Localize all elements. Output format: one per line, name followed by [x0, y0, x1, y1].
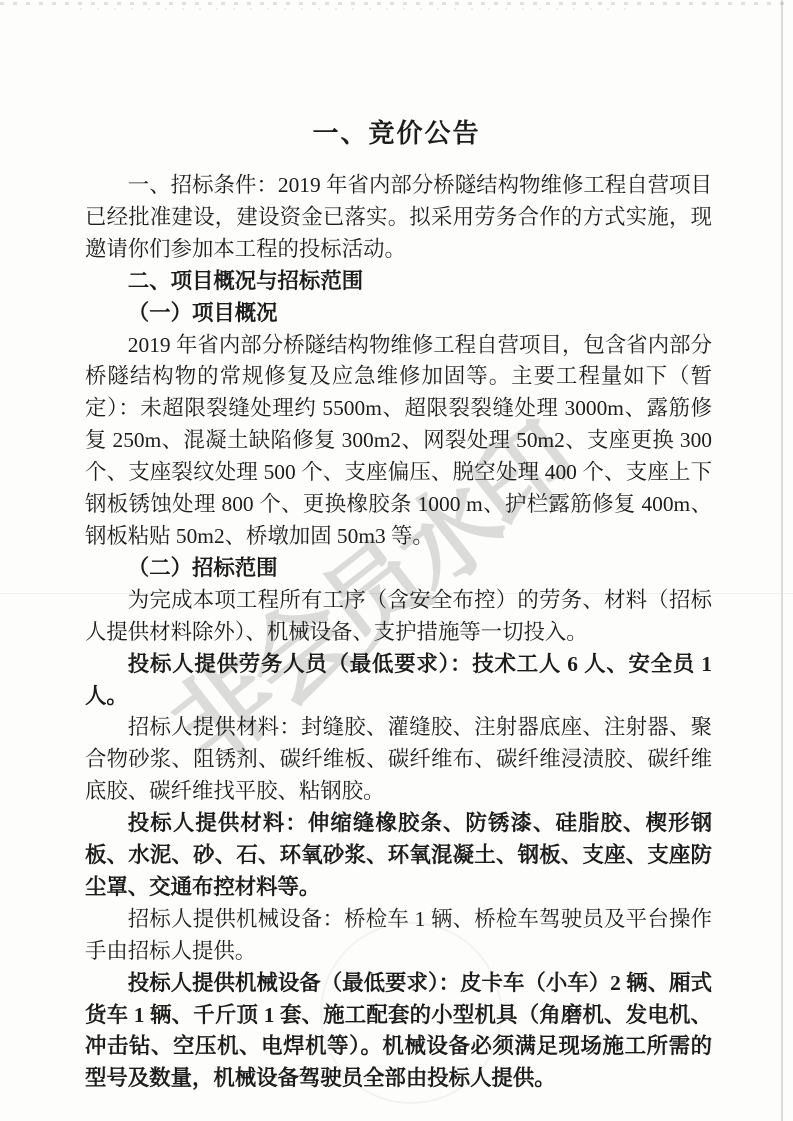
paragraph-emphasis: 投标人提供材料：伸缩缝橡胶条、防锈漆、硅脂胶、楔形钢板、水泥、砂、石、环氧砂浆、… — [85, 808, 712, 904]
paragraph: 招标人提供材料：封缝胶、灌缝胶、注射器底座、注射器、聚合物砂浆、阻锈剂、碳纤维板… — [85, 712, 712, 808]
document-body: 一、招标条件：2019 年省内部分桥隧结构物维修工程自营项目已经批准建设，建设资… — [85, 170, 712, 1095]
page-edge-shadow — [781, 0, 783, 1121]
paragraph: 一、招标条件：2019 年省内部分桥隧结构物维修工程自营项目已经批准建设，建设资… — [85, 170, 712, 266]
paragraph: 2019 年省内部分桥隧结构物维修工程自营项目，包含省内部分桥隧结构物的常规修复… — [85, 330, 712, 553]
scan-noise-top-2 — [80, 8, 640, 10]
paragraph-emphasis: （二）招标范围 — [85, 553, 712, 585]
paragraph-emphasis: 投标人提供机械设备（最低要求）：皮卡车（小车）2 辆、厢式货车 1 辆、千斤顶 … — [85, 968, 712, 1096]
paragraph-emphasis: 二、项目概况与招标范围 — [85, 266, 712, 298]
paragraph-emphasis: （一）项目概况 — [85, 298, 712, 330]
paragraph-emphasis: 投标人提供劳务人员（最低要求）：技术工人 6 人、安全员 1 人。 — [85, 649, 712, 713]
scanned-document-page: 非会员水印 一、竞价公告 一、招标条件：2019 年省内部分桥隧结构物维修工程自… — [0, 0, 793, 1121]
paragraph: 为完成本项工程所有工序（含安全布控）的劳务、材料（招标人提供材料除外）、机械设备… — [85, 585, 712, 649]
document-title: 一、竞价公告 — [0, 113, 793, 150]
scan-noise-top — [0, 2, 793, 5]
paragraph: 招标人提供机械设备：桥检车 1 辆、桥检车驾驶员及平台操作手由招标人提供。 — [85, 904, 712, 968]
